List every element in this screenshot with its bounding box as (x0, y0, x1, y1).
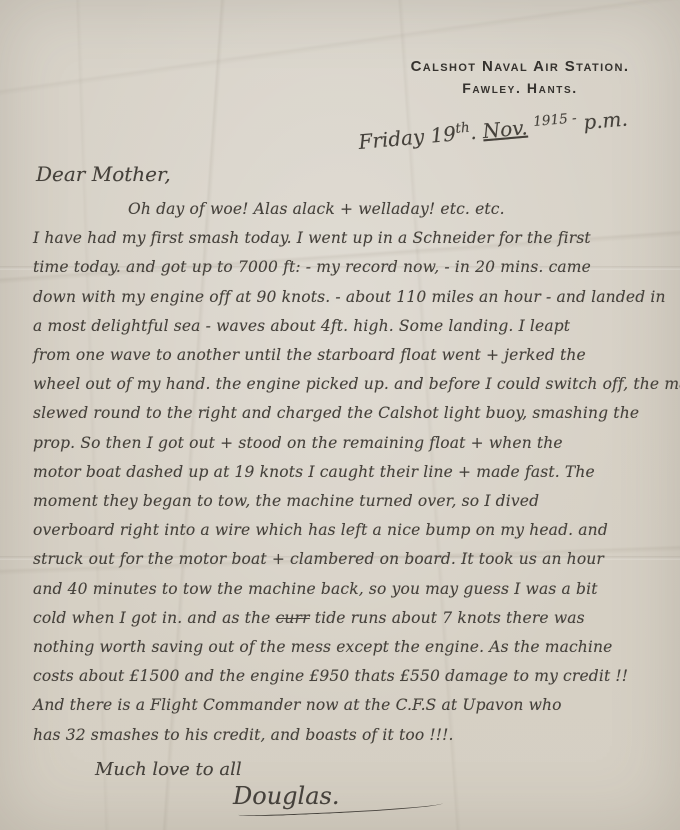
text-segment: Nov. (482, 115, 529, 143)
letter-line: prop. So then I got out + stood on the r… (33, 429, 673, 458)
text-segment: a most delightful sea - waves about 4ft.… (33, 317, 570, 335)
text-segment: curr (276, 609, 310, 627)
text-segment: costs about £1500 and the engine £950 th… (33, 667, 628, 685)
text-segment: slewed round to the right and charged th… (33, 404, 639, 422)
letterhead-location: Fawley. Hants. (398, 80, 642, 96)
letter-page: Calshot Naval Air Station. Fawley. Hants… (0, 0, 680, 830)
text-segment: struck out for the motor boat + clambere… (33, 550, 604, 568)
text-segment: And there is a Flight Commander now at t… (33, 696, 562, 714)
text-segment: 1915 - (533, 110, 578, 130)
text-segment: th (455, 120, 471, 137)
letter-line: overboard right into a wire which has le… (33, 516, 673, 545)
text-segment: wheel out of my hand. the engine picked … (33, 375, 680, 393)
letter-line: motor boat dashed up at 19 knots I caugh… (33, 458, 673, 487)
text-segment: and 40 minutes to tow the machine back, … (33, 580, 598, 598)
letter-line: moment they began to tow, the machine tu… (33, 487, 673, 516)
letter-line: and 40 minutes to tow the machine back, … (33, 575, 673, 604)
letter-line: a most delightful sea - waves about 4ft.… (33, 312, 673, 341)
text-segment: has 32 smashes to his credit, and boasts… (33, 726, 454, 744)
date-line: Friday 19th. Nov. 1915 - p.m. (357, 107, 618, 154)
text-segment: nothing worth saving out of the mess exc… (33, 638, 613, 656)
text-segment: time today. and got up to 7000 ft: - my … (33, 258, 591, 276)
text-segment: motor boat dashed up at 19 knots I caugh… (33, 463, 595, 481)
letter-line: I have had my first smash today. I went … (33, 224, 673, 253)
letter-line: struck out for the motor boat + clambere… (33, 545, 673, 574)
letter-body: Oh day of woe! Alas alack + welladay! et… (33, 195, 673, 813)
letter-line: nothing worth saving out of the mess exc… (33, 633, 673, 662)
salutation: Dear Mother, (36, 162, 171, 186)
opening-line: Oh day of woe! Alas alack + welladay! et… (33, 195, 673, 224)
text-segment: p.m. (576, 106, 629, 134)
letter-line: cold when I got in. and as the curr tide… (33, 604, 673, 633)
text-segment: from one wave to another until the starb… (33, 346, 586, 364)
text-segment: prop. So then I got out + stood on the r… (33, 434, 563, 452)
text-segment: I have had my first smash today. I went … (33, 229, 591, 247)
text-segment: Friday 19 (357, 122, 456, 154)
letter-lines: I have had my first smash today. I went … (33, 224, 673, 750)
letter-line: down with my engine off at 90 knots. - a… (33, 283, 673, 312)
letterhead: Calshot Naval Air Station. Fawley. Hants… (398, 58, 642, 96)
letter-line: from one wave to another until the starb… (33, 341, 673, 370)
letter-line: costs about £1500 and the engine £950 th… (33, 662, 673, 691)
letterhead-station: Calshot Naval Air Station. (398, 58, 642, 75)
closing-line: Much love to all (33, 759, 673, 780)
letter-line: And there is a Flight Commander now at t… (33, 691, 673, 720)
letter-line: wheel out of my hand. the engine picked … (33, 370, 673, 399)
text-segment: down with my engine off at 90 knots. - a… (33, 288, 666, 306)
letter-line: has 32 smashes to his credit, and boasts… (33, 721, 673, 750)
letter-line: time today. and got up to 7000 ft: - my … (33, 253, 673, 282)
text-segment: moment they began to tow, the machine tu… (33, 492, 539, 510)
letter-line: slewed round to the right and charged th… (33, 399, 673, 428)
text-segment: cold when I got in. and as the (33, 609, 276, 627)
text-segment: overboard right into a wire which has le… (33, 521, 608, 539)
text-segment: tide runs about 7 knots there was (310, 609, 585, 627)
